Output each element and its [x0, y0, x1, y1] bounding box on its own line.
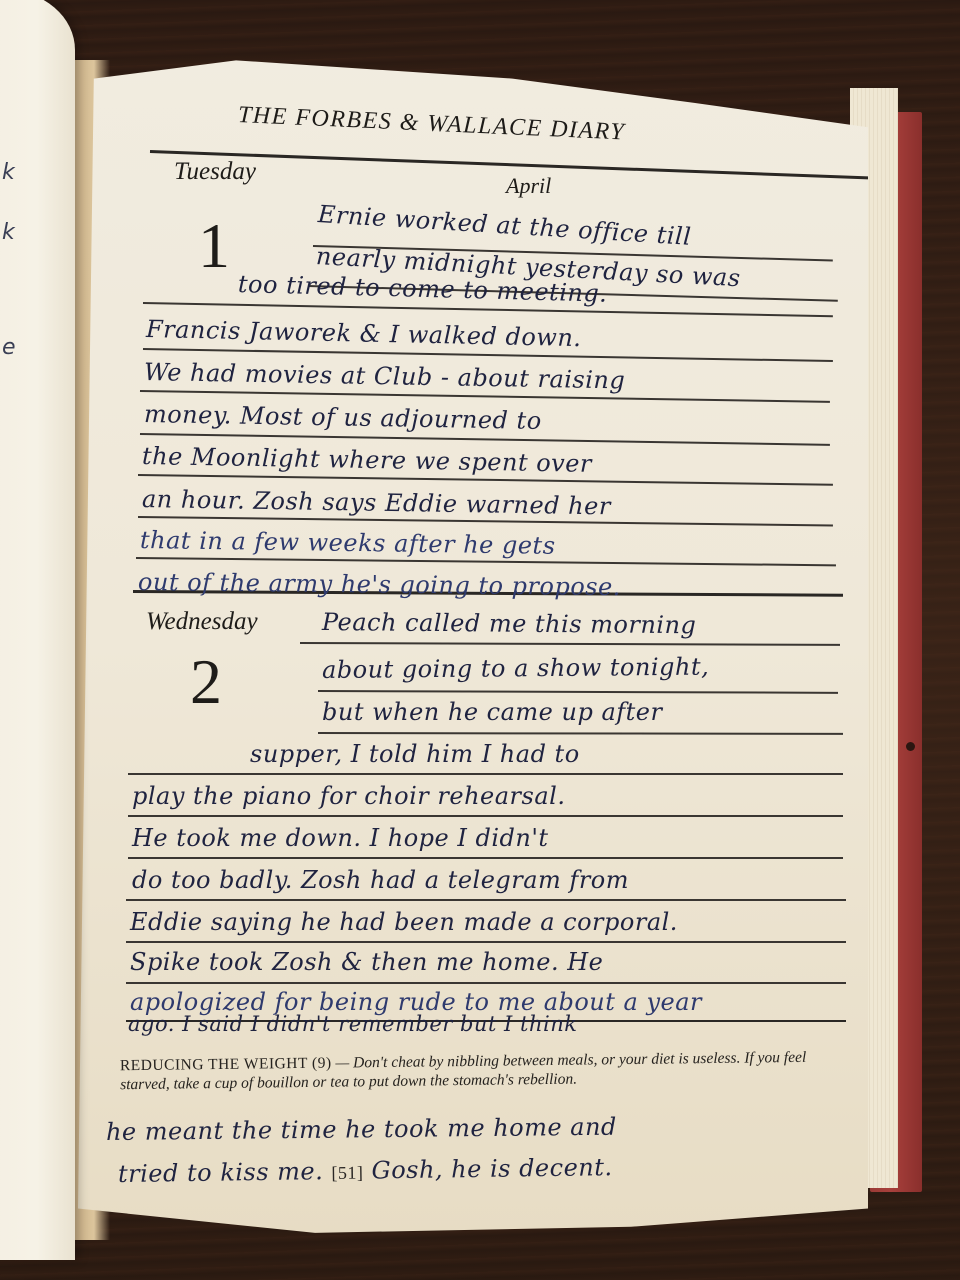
entry-line: do too badly. Zosh had a telegram from: [132, 866, 629, 894]
entry-line: Francis Jaworek & I walked down.: [146, 315, 582, 352]
entry-line: an hour. Zosh says Eddie warned her: [142, 485, 611, 520]
ruled-line: [128, 815, 843, 817]
month-label: April: [506, 173, 551, 199]
ruled-line: [128, 857, 843, 859]
reducing-weight-tip: REDUCING THE WEIGHT (9) — Don't cheat by…: [120, 1048, 810, 1094]
entry-line: Ernie worked at the office till: [317, 200, 692, 251]
cover-rivet: [906, 742, 915, 751]
continuation-line: tried to kiss me. [51] Gosh, he is decen…: [118, 1153, 613, 1188]
ruled-line: [128, 773, 843, 775]
page-number: [51]: [331, 1163, 363, 1183]
diary-page: THE FORBES & WALLACE DIARY Tuesday April…: [78, 30, 868, 1245]
ruled-line: [126, 899, 846, 901]
entry-line: He took me down. I hope I didn't: [132, 824, 549, 852]
entry-line: Spike took Zosh & then me home. He: [130, 948, 603, 976]
entry-line: supper, I told him I had to: [250, 740, 580, 768]
entry-line: the Moonlight where we spent over: [142, 442, 592, 478]
left-page-handwriting-mark: k: [2, 160, 15, 185]
facing-left-page: k k e: [0, 0, 75, 1260]
entry-line: play the piano for choir rehearsal.: [132, 782, 565, 810]
tip-title: REDUCING THE WEIGHT (9): [120, 1055, 332, 1075]
left-page-handwriting-mark: k: [2, 220, 15, 245]
ruled-line: [126, 982, 846, 984]
continuation-line: he meant the time he took me home and: [106, 1113, 617, 1146]
day-number-2: 2: [190, 650, 222, 714]
day-name-wednesday: Wednesday: [146, 608, 258, 636]
entry-line: that in a few weeks after he gets: [140, 526, 556, 560]
entry-line: about going to a show tonight,: [322, 653, 709, 684]
day-number-1: 1: [198, 214, 230, 278]
entry-line: We had movies at Club - about raising: [144, 358, 626, 394]
continuation-text: tried to kiss me.: [118, 1157, 324, 1188]
diary-header-title: THE FORBES & WALLACE DIARY: [237, 102, 778, 153]
entry-line: out of the army he's going to propose.: [138, 568, 621, 601]
continuation-text: Gosh, he is decent.: [371, 1153, 612, 1184]
ruled-line: [318, 732, 843, 734]
entry-line: Peach called me this morning: [322, 608, 697, 639]
entry-line: but when he came up after: [322, 698, 662, 726]
ruled-line: [126, 941, 846, 943]
ruled-line: [300, 642, 840, 645]
entry-line: money. Most of us adjourned to: [144, 400, 542, 435]
left-page-handwriting-mark: e: [2, 335, 16, 360]
day-name-tuesday: Tuesday: [174, 158, 256, 186]
entry-line: ago. I said I didn't remember but I thin…: [128, 1012, 577, 1036]
entry-line: Eddie saying he had been made a corporal…: [130, 908, 678, 936]
ruled-line: [318, 690, 838, 693]
